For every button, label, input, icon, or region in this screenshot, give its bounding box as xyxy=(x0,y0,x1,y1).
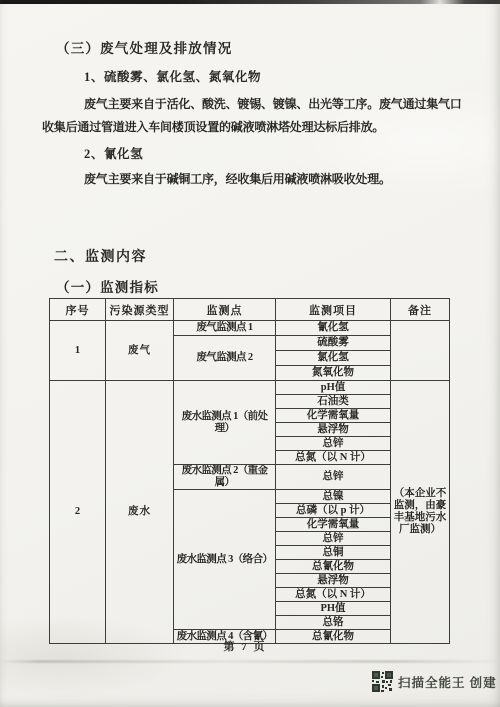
monitoring-item-cell: 氰化氢 xyxy=(276,321,391,336)
monitoring-item-cell: 悬浮物 xyxy=(276,574,391,588)
table-header-3: 监测项目 xyxy=(276,299,391,321)
table-body: 1废气废气监测点 1氰化氢废气监测点 2硫酸雾氯化氢氮氧化物2废水废水监测点 1… xyxy=(50,321,450,644)
monitoring-item-cell: PH值 xyxy=(276,602,391,616)
table-header-1: 污染源类型 xyxy=(106,299,174,321)
monitoring-item-cell: 硫酸雾 xyxy=(276,336,391,351)
subsection1-heading: （一）监测指标 xyxy=(56,276,159,296)
monitoring-point-cell: 废水监测点 3（络合） xyxy=(174,490,276,630)
table-header-0: 序号 xyxy=(50,299,106,321)
item1-paragraph-line2: 收集后通过管道进入车间楼顶设置的碱液喷淋塔处理达标后排放。 xyxy=(42,118,384,135)
monitoring-item-cell: 总锌 xyxy=(276,437,391,451)
monitoring-item-cell: 总铜 xyxy=(276,546,391,560)
monitoring-item-cell: 总氮（以 N 计） xyxy=(276,451,391,465)
pollution-source-type-cell: 废水 xyxy=(106,381,174,644)
monitoring-item-cell: 悬浮物 xyxy=(276,423,391,437)
monitoring-item-cell: 总铬 xyxy=(276,616,391,630)
serial-number-cell: 1 xyxy=(50,321,106,381)
monitoring-item-cell: 氯化氢 xyxy=(276,351,391,366)
table-header-2: 监测点 xyxy=(174,299,276,321)
item2-heading: 2、氰化氢 xyxy=(84,144,143,162)
monitoring-item-cell: 总镍 xyxy=(276,490,391,504)
qr-code-icon xyxy=(372,671,393,692)
scanned-page: （三）废气处理及排放情况 1、硫酸雾、氯化氢、氮氧化物 废气主要来自于活化、酸洗… xyxy=(0,0,500,707)
monitoring-point-cell: 废气监测点 1 xyxy=(174,321,276,336)
monitoring-item-cell: 氮氧化物 xyxy=(276,366,391,381)
monitoring-point-cell: 废水监测点 1（前处理） xyxy=(174,381,276,465)
monitoring-point-cell: 废水监测点 2（重金属） xyxy=(174,465,276,490)
monitoring-item-cell: 石油类 xyxy=(276,395,391,409)
monitoring-item-cell: pH值 xyxy=(276,381,391,395)
camscanner-label: 扫描全能王 创建 xyxy=(398,673,497,691)
item2-paragraph: 废气主要来自于碱铜工序，经收集后用碱液喷淋吸收处理。 xyxy=(84,170,391,187)
section2-heading: 二、监测内容 xyxy=(54,246,147,266)
table-row: 1废气废气监测点 1氰化氢 xyxy=(50,321,450,336)
section3-heading: （三）废气处理及排放情况 xyxy=(56,37,232,57)
monitoring-point-cell: 废气监测点 2 xyxy=(174,336,276,381)
monitoring-item-cell: 总磷（以 p 计） xyxy=(276,504,391,518)
monitoring-item-cell: 化学需氧量 xyxy=(276,409,391,423)
item1-heading: 1、硫酸雾、氯化氢、氮氧化物 xyxy=(84,67,261,85)
page-number: 第 7 页 xyxy=(0,638,490,654)
item1-paragraph-line1: 废气主要来自于活化、酸洗、镀锡、镀镍、出光等工序。废气通过集气口 xyxy=(84,95,462,112)
camscanner-watermark: 扫描全能王 创建 xyxy=(372,671,497,692)
scan-crease-artifact xyxy=(0,660,500,663)
table-header-4: 备注 xyxy=(391,299,450,321)
monitoring-item-cell: 总锌 xyxy=(276,532,391,546)
table-row: 2废水废水监测点 1（前处理）pH值（本企业不监测，由豪丰基地污水厂监测） xyxy=(50,381,450,395)
table-header-row: 序号污染源类型监测点监测项目备注 xyxy=(50,299,450,321)
remark-cell: （本企业不监测，由豪丰基地污水厂监测） xyxy=(391,381,450,644)
remark-cell xyxy=(391,321,450,381)
monitoring-indicators-table: 序号污染源类型监测点监测项目备注 1废气废气监测点 1氰化氢废气监测点 2硫酸雾… xyxy=(49,298,450,644)
monitoring-item-cell: 总锌 xyxy=(276,465,391,490)
scan-edge-artifact xyxy=(0,0,500,4)
pollution-source-type-cell: 废气 xyxy=(106,321,174,381)
monitoring-item-cell: 总氮（以 N 计） xyxy=(276,588,391,602)
serial-number-cell: 2 xyxy=(50,381,106,644)
monitoring-item-cell: 化学需氧量 xyxy=(276,518,391,532)
monitoring-item-cell: 总氰化物 xyxy=(276,560,391,574)
